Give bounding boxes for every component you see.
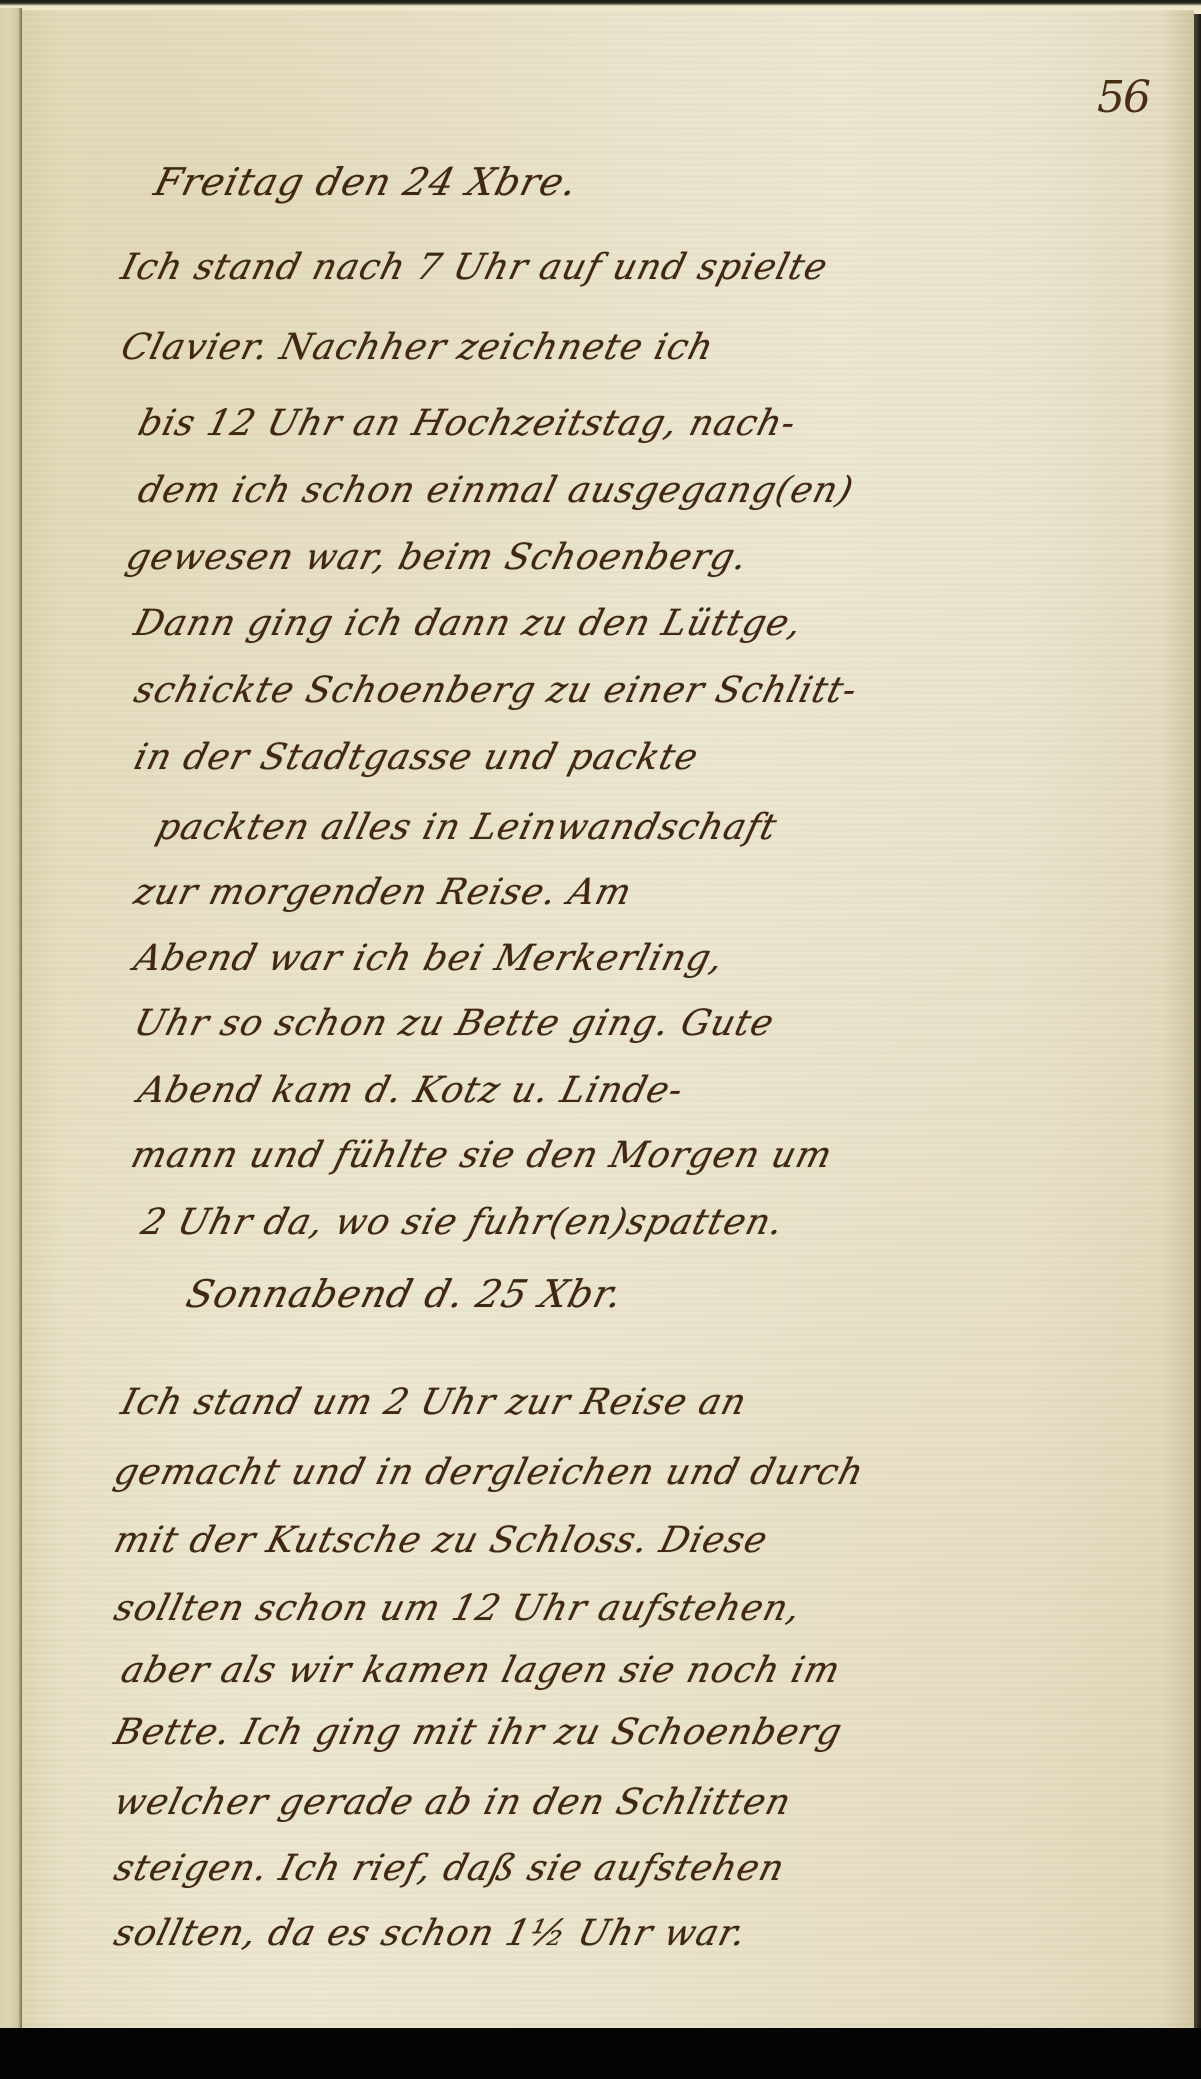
text-line: Uhr so schon zu Bette ging. Gute <box>130 1003 779 1044</box>
text-line: steigen. Ich rief, daß sie aufstehen <box>110 1848 789 1889</box>
text-line: schickte Schoenberg zu einer Schlitt- <box>130 670 862 711</box>
text-line: sollten schon um 12 Uhr aufstehen, <box>110 1588 805 1629</box>
text-line: dem ich schon einmal ausgegang(en) <box>134 470 858 511</box>
manuscript-page: 56 Freitag den 24 Xbre. Ich stand nach 7… <box>22 10 1194 2028</box>
book-spine-margin <box>0 8 22 2030</box>
entry-heading: Freitag den 24 Xbre. <box>150 160 582 204</box>
text-line: packten alles in Leinwandschaft <box>152 807 781 848</box>
text-line: Ich stand um 2 Uhr zur Reise an <box>117 1382 751 1423</box>
text-line: zur morgenden Reise. Am <box>130 872 636 913</box>
text-line: mit der Kutsche zu Schloss. Diese <box>110 1520 772 1561</box>
text-line: Bette. Ich ging mit ihr zu Schoenberg <box>110 1712 847 1753</box>
entry-heading: Sonnabend d. 25 Xbr. <box>182 1272 628 1316</box>
text-line: Ich stand nach 7 Uhr auf und spielte <box>117 247 832 288</box>
text-line: Abend kam d. Kotz u. Linde- <box>134 1070 688 1111</box>
text-line: gewesen war, beim Schoenberg. <box>122 537 752 578</box>
text-line: in der Stadtgasse und packte <box>130 737 703 778</box>
text-line: Clavier. Nachher zeichnete ich <box>117 327 718 368</box>
text-line: sollten, da es schon 1½ Uhr war. <box>110 1913 751 1954</box>
text-line: bis 12 Uhr an Hochzeitstag, nach- <box>134 403 800 444</box>
scan-bottom-edge <box>0 2028 1201 2079</box>
text-line: gemacht und in dergleichen und durch <box>110 1452 868 1493</box>
text-line: Abend war ich bei Merkerling, <box>130 938 728 979</box>
text-line: aber als wir kamen lagen sie noch im <box>117 1650 845 1691</box>
text-line: 2 Uhr da, wo sie fuhr(en)spatten. <box>137 1202 788 1243</box>
folio-number: 56 <box>1097 72 1149 123</box>
scan-right-edge <box>1194 14 1201 2028</box>
text-line: mann und fühlte sie den Morgen um <box>127 1135 837 1176</box>
text-line: Dann ging ich dann zu den Lüttge, <box>130 603 807 644</box>
text-line: welcher gerade ab in den Schlitten <box>110 1782 796 1823</box>
